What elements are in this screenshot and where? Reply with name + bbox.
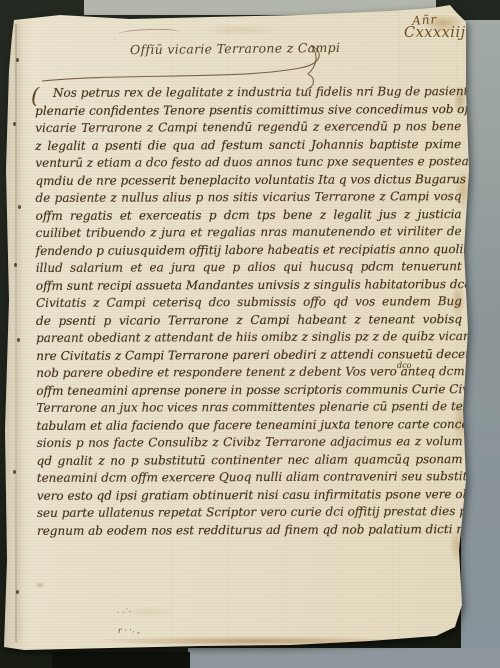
manuscript-line: offm regatis et exerceatis p dcm tps ben…	[36, 206, 462, 225]
manuscript-line: vero esto qd ipsi gratiam obtinuerit nis…	[37, 486, 463, 505]
gutter-speck	[16, 58, 19, 62]
manuscript-line: Civitatis z Campi ceterisq dco submissis…	[36, 293, 462, 312]
faint-pencil-mark	[118, 28, 180, 38]
manuscript-line: qmdiu de nre pcesserit beneplacito volun…	[35, 171, 461, 190]
manuscript-leaf-wrap: Offiū vicarie Terrarone z Campi Añr Cxxx…	[0, 0, 500, 668]
manuscript-line: pareant obediant z attendant de hiis omi…	[36, 328, 462, 347]
manuscript-line: venturū z etiam a dco festo ad duos anno…	[35, 153, 461, 172]
manuscript-line: regnum ab eodem nos est redditurus ad fi…	[37, 521, 463, 540]
gutter-speck	[13, 122, 16, 126]
manuscript-line: plenarie confidentes Tenore psentis comi…	[35, 101, 461, 120]
manuscript-line: qd gnalit z no p substitutū continenter …	[37, 451, 463, 470]
manuscript-leaf: Offiū vicarie Terrarone z Campi Añr Cxxx…	[0, 0, 500, 668]
manuscript-line: de psenti p vicario Terrarone z Campi ha…	[36, 311, 462, 330]
manuscript-line: seu parte ullatenus repetat Scriptor ver…	[37, 503, 463, 522]
manuscript-line: tabulam et alia faciendo que facere tene…	[36, 416, 462, 435]
bottom-margin-mark-line1: · ·˙·	[117, 607, 132, 617]
manuscript-line: Nos petrus rex de legalitate z industria…	[35, 83, 461, 102]
manuscript-photo: Offiū vicarie Terrarone z Campi Añr Cxxx…	[0, 0, 500, 668]
gutter-speck	[18, 205, 21, 209]
gutter-crease	[15, 24, 17, 642]
manuscript-line: cuilibet tribuendo z jura et regalias nr…	[36, 223, 462, 242]
manuscript-line: illud salarium et ea jura que p alios qu…	[36, 258, 462, 277]
gutter-speck	[17, 338, 20, 342]
bottom-margin-mark-line2: r · ·. ˍ	[118, 625, 142, 635]
gutter-speck	[14, 263, 17, 267]
manuscript-line: Terrarone an jux hoc vices nras committe…	[36, 398, 462, 417]
manuscript-line: offm teneamini aprense ponere in posse s…	[36, 381, 462, 400]
bottom-margin-mark: · ·˙· r · ·. ˍ	[96, 598, 142, 645]
manuscript-text-block: Nos petrus rex de legalitate z industria…	[35, 83, 463, 540]
manuscript-line: teneamini dcm offm exercere Quoq nulli a…	[37, 468, 463, 487]
manuscript-line: de pasiente z nullus alius p nos sitis v…	[35, 188, 461, 207]
gutter-speck	[16, 590, 19, 594]
manuscript-line: z legalit a psenti die qua ad festum san…	[35, 136, 461, 155]
gutter-speck	[13, 470, 16, 474]
manuscript-line: fendendo p cuiusquidem offitij labore ha…	[36, 241, 462, 260]
manuscript-line: vicarie Terrarone z Campi tenendū regend…	[35, 118, 461, 137]
folio-number: Cxxxxiij	[404, 26, 466, 41]
manuscript-line: offm sunt recipi assueta Mandantes univs…	[36, 276, 462, 295]
interline-correction: dco	[397, 361, 411, 370]
manuscript-line: sionis p nos facte Consulibz z Civibz Te…	[37, 433, 463, 452]
folio-annotation: Añr Cxxxxiij	[404, 13, 466, 41]
